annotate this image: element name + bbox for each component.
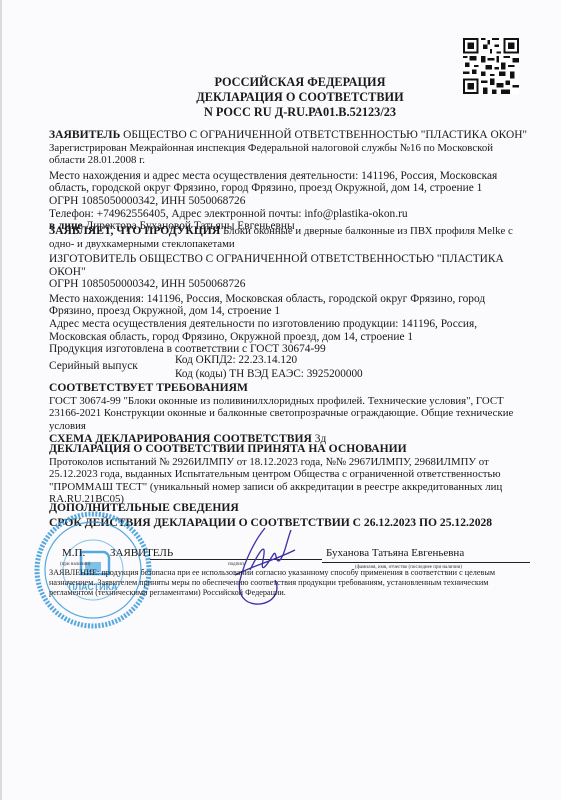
applicant-registration: Зарегистрирован Межрайонная инспекция Фе… bbox=[49, 142, 531, 167]
applicant-name: ОБЩЕСТВО С ОГРАНИЧЕННОЙ ОТВЕТСТВЕННОСТЬЮ… bbox=[123, 129, 527, 141]
manufacturer-ids: ОГРН 1085050000342, ИНН 5050068726 bbox=[49, 278, 531, 291]
signatory-role: ЗАЯВИТЕЛЬ bbox=[110, 547, 173, 559]
name-line bbox=[322, 562, 530, 563]
okpd2-code: Код ОКПД2: 22.23.14.120 bbox=[175, 354, 363, 368]
applicant-section: ЗАЯВИТЕЛЬ ОБЩЕСТВО С ОГРАНИЧЕННОЙ ОТВЕТС… bbox=[49, 129, 531, 233]
applicant-ids: ОГРН 1085050000342, ИНН 5050068726 bbox=[49, 195, 531, 208]
product-section: ЗАЯВЛЯЕТ, ЧТО ПРОДУКЦИЯ Блоки оконные и … bbox=[49, 225, 531, 250]
page-edge bbox=[0, 0, 2, 800]
basis-section: ДЕКЛАРАЦИЯ О СООТВЕТСТВИИ ПРИНЯТА НА ОСН… bbox=[49, 443, 531, 506]
declaration-number: N РОСС RU Д-RU.РА01.В.52123/23 bbox=[0, 105, 561, 120]
product-label: ЗАЯВЛЯЕТ, ЧТО ПРОДУКЦИЯ bbox=[49, 224, 220, 237]
manufacturer-production-address: Адрес места осуществления деятельности п… bbox=[49, 318, 531, 343]
applicant-label: ЗАЯВИТЕЛЬ bbox=[49, 128, 120, 141]
document-header: РОССИЙСКАЯ ФЕДЕРАЦИЯ ДЕКЛАРАЦИЯ О СООТВЕ… bbox=[0, 75, 561, 120]
manufacturer-label: ИЗГОТОВИТЕЛЬ bbox=[49, 253, 136, 265]
document-title: ДЕКЛАРАЦИЯ О СООТВЕТСТВИИ bbox=[0, 90, 561, 105]
seal-label: М.П. bbox=[62, 547, 85, 559]
declaration-page: РОССИЙСКАЯ ФЕДЕРАЦИЯ ДЕКЛАРАЦИЯ О СООТВЕ… bbox=[0, 0, 561, 800]
tnved-code: Код (коды) ТН ВЭД ЕАЭС: 3925200000 bbox=[175, 368, 363, 382]
applicant-contacts: Телефон: +74962556405, Адрес электронной… bbox=[49, 208, 531, 221]
signer-name: Буханова Татьяна Евгеньевна bbox=[326, 547, 464, 559]
applicant-address: Место нахождения и адрес места осуществл… bbox=[49, 170, 531, 195]
basis-text: Протоколов испытаний № 2926ИЛМПУ от 18.1… bbox=[49, 456, 531, 506]
country-title: РОССИЙСКАЯ ФЕДЕРАЦИЯ bbox=[0, 75, 561, 90]
codes-section: Код ОКПД2: 22.23.14.120 Код (коды) ТН ВЭ… bbox=[175, 354, 363, 381]
safety-statement: ЗАЯВЛЕНИЕ: продукция безопасна при ее ис… bbox=[49, 568, 529, 598]
basis-label: ДЕКЛАРАЦИЯ О СООТВЕТСТВИИ ПРИНЯТА НА ОСН… bbox=[49, 443, 531, 456]
manufacturer-location: Место нахождения: 141196, Россия, Москов… bbox=[49, 293, 531, 318]
requirements-label: СООТВЕТСТВУЕТ ТРЕБОВАНИЯМ bbox=[49, 382, 531, 395]
requirements-section: СООТВЕТСТВУЕТ ТРЕБОВАНИЯМ ГОСТ 30674-99 … bbox=[49, 382, 531, 446]
requirements-text: ГОСТ 30674-99 "Блоки оконные из поливини… bbox=[49, 395, 531, 433]
